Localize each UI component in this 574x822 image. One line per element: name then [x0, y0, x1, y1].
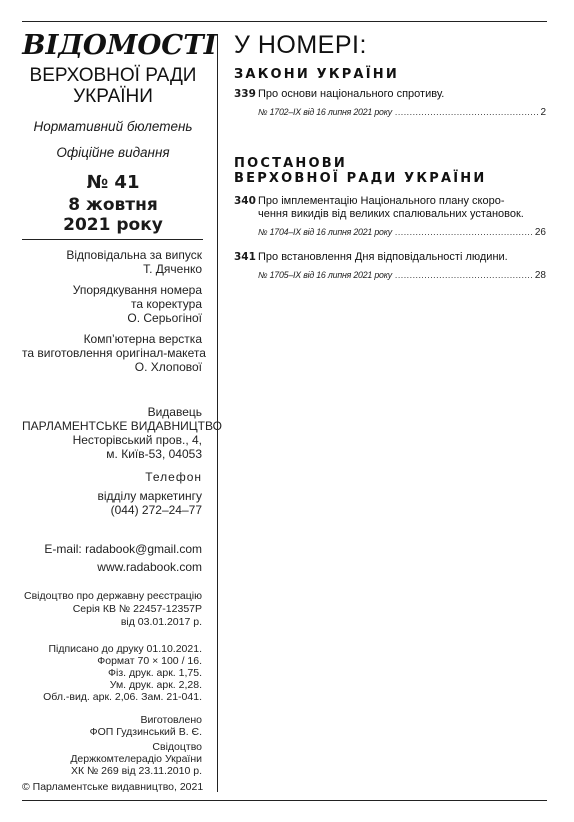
print-info-line: Формат 70 × 100 / 16.: [22, 655, 202, 667]
entry-reference: № 1705–IX від 16 липня 2021 року .......…: [258, 270, 546, 281]
certificate-info: Свідоцтво Держкомтелерадіо України ХК № …: [22, 741, 202, 777]
toc-section-resolutions: ПОСТАНОВИ ВЕРХОВНОЇ РАДИ УКРАЇНИ 340 Про…: [234, 156, 546, 281]
entry-page: 26: [535, 227, 546, 238]
leader-dots: ........................................…: [395, 107, 540, 118]
maker-info: Виготовлено ФОП Гудзинський В. Є.: [22, 714, 202, 738]
publisher-address-line2: м. Київ-53, 04053: [22, 447, 202, 461]
certificate-line: ХК № 269 від 23.11.2010 р.: [22, 765, 202, 777]
journal-subtitle-line1: ВЕРХОВНОЇ РАДИ: [22, 65, 204, 86]
entry-page: 28: [535, 270, 546, 281]
registration-line: Свідоцтво про державну реєстрацію: [22, 590, 202, 603]
print-info-line: Підписано до друку 01.10.2021.: [22, 643, 202, 655]
print-info: Підписано до друку 01.10.2021. Формат 70…: [22, 643, 202, 703]
toc-entry-341[interactable]: 341 Про встановлення Дня відповідальност…: [234, 251, 546, 281]
entry-ref-text: № 1705–IX від 16 липня 2021 року: [258, 270, 392, 281]
credit-role: Комп’ютерна верстка: [22, 332, 202, 346]
issue-number: № 41: [22, 172, 204, 193]
section-title: ЗАКОНИ УКРАЇНИ: [234, 67, 546, 82]
entry-title: Про основи національного спротиву.: [258, 88, 546, 101]
email-link[interactable]: E-mail: radabook@gmail.com: [22, 540, 202, 558]
section-title-line1: ПОСТАНОВИ: [234, 156, 546, 171]
phone-number: (044) 272–24–77: [22, 503, 202, 517]
website-link[interactable]: www.radabook.com: [22, 558, 202, 576]
print-info-line: Ум. друк. арк. 2,28.: [22, 679, 202, 691]
toc-section-laws: ЗАКОНИ УКРАЇНИ 339 Про основи національн…: [234, 67, 546, 118]
bulletin-label: Нормативний бюлетень: [22, 119, 204, 135]
entry-title-line1: Про імплементацію Національного плану ск…: [258, 195, 546, 208]
phone-title: Телефон: [22, 470, 202, 484]
maker-label: Виготовлено: [22, 714, 202, 726]
column-divider: [217, 34, 218, 792]
publisher-address-line1: Несторівський пров., 4,: [22, 433, 202, 447]
print-info-line: Обл.-вид. арк. 2,06. Зам. 21-041.: [22, 691, 202, 703]
entry-title: Про встановлення Дня відповідальності лю…: [258, 251, 546, 264]
publisher-label: Видавець: [22, 405, 202, 419]
entry-title-line2: чення викидів від великих спалювальних у…: [258, 208, 546, 221]
entry-number: 341: [234, 251, 256, 264]
top-rule: [22, 21, 547, 22]
maker-name: ФОП Гудзинський В. Є.: [22, 726, 202, 738]
certificate-line: Держкомтелерадіо України: [22, 753, 202, 765]
credit-role: та коректура: [22, 297, 202, 311]
bottom-rule: [22, 800, 547, 801]
journal-subtitle-line2: УКРАЇНИ: [22, 86, 204, 107]
entry-reference: № 1702–IX від 16 липня 2021 року .......…: [258, 107, 546, 118]
credit-proofreading: Упорядкування номера та коректура О. Сер…: [22, 283, 202, 325]
registration-line: Серія КВ № 22457-12357Р: [22, 603, 202, 616]
entry-number: 340: [234, 195, 256, 208]
publisher-info: Видавець ПАРЛАМЕНТСЬКЕ ВИДАВНИЦТВО Несто…: [22, 405, 202, 461]
credit-person: О. Хлопової: [22, 360, 202, 374]
issue-date-year: 2021 року: [22, 215, 204, 235]
publisher-name: ПАРЛАМЕНТСЬКЕ ВИДАВНИЦТВО: [22, 419, 202, 433]
masthead-rule: [22, 239, 203, 240]
table-of-contents: У НОМЕРІ: ЗАКОНИ УКРАЇНИ 339 Про основи …: [234, 30, 546, 281]
credit-role: та виготовлення оригінал-макета: [22, 346, 202, 360]
contacts: E-mail: radabook@gmail.com www.radabook.…: [22, 540, 202, 576]
official-edition-label: Офіційне видання: [22, 145, 204, 161]
leader-dots: ........................................…: [395, 270, 534, 281]
entry-number: 339: [234, 88, 256, 101]
credit-role: Відповідальна за випуск: [22, 248, 202, 262]
credit-person: О. Серьогіної: [22, 311, 202, 325]
certificate-line: Свідоцтво: [22, 741, 202, 753]
toc-entry-340[interactable]: 340 Про імплементацію Національного план…: [234, 195, 546, 238]
credit-person: Т. Дяченко: [22, 262, 202, 276]
credit-layout: Комп’ютерна верстка та виготовлення ориг…: [22, 332, 202, 374]
credit-editor: Відповідальна за випуск Т. Дяченко: [22, 248, 202, 276]
journal-title: ВІДОМОСТІ: [22, 30, 206, 62]
section-title-line2: ВЕРХОВНОЇ РАДИ УКРАЇНИ: [234, 171, 546, 186]
entry-ref-text: № 1704–IX від 16 липня 2021 року: [258, 227, 392, 238]
phone-department: відділу маркетингу: [22, 489, 202, 503]
issue-date-day: 8 жовтня: [22, 195, 204, 215]
copyright: © Парламентське видавництво, 2021: [22, 781, 202, 793]
leader-dots: ........................................…: [395, 227, 534, 238]
registration-line: від 03.01.2017 р.: [22, 616, 202, 629]
credits: Відповідальна за випуск Т. Дяченко Упоря…: [22, 248, 202, 381]
print-info-line: Фіз. друк. арк. 1,75.: [22, 667, 202, 679]
toc-title: У НОМЕРІ:: [234, 30, 546, 60]
toc-entry-339[interactable]: 339 Про основи національного спротиву. №…: [234, 88, 546, 118]
phone-info: Телефон відділу маркетингу (044) 272–24–…: [22, 470, 202, 517]
masthead: ВІДОМОСТІ ВЕРХОВНОЇ РАДИ УКРАЇНИ Нормати…: [22, 30, 204, 235]
registration-info: Свідоцтво про державну реєстрацію Серія …: [22, 590, 202, 629]
credit-role: Упорядкування номера: [22, 283, 202, 297]
entry-page: 2: [540, 107, 546, 118]
entry-reference: № 1704–IX від 16 липня 2021 року .......…: [258, 227, 546, 238]
entry-ref-text: № 1702–IX від 16 липня 2021 року: [258, 107, 392, 118]
